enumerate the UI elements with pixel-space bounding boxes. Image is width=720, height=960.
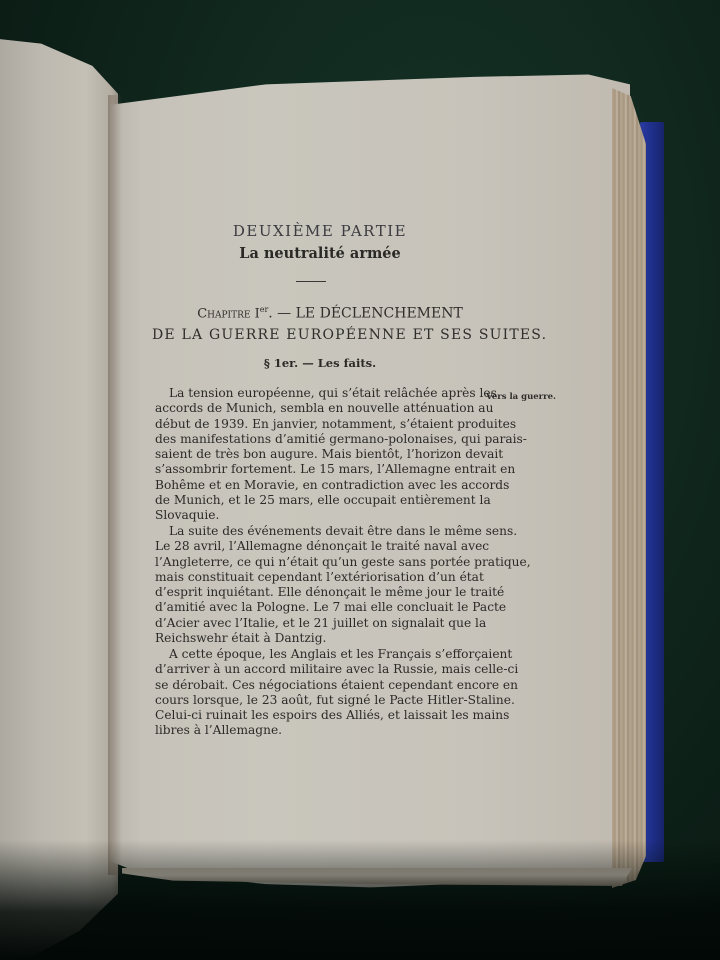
text-line: Slovaquie.: [155, 508, 474, 523]
text-line: d’Acier avec l’Italie, et le 21 juillet …: [155, 616, 474, 631]
text-line: Reichswehr était à Dantzig.: [155, 631, 474, 646]
text-line: La tension européenne, qui s’était relâc…: [155, 386, 474, 401]
text-line: s’assombrir fortement. Le 15 mars, l’All…: [155, 462, 474, 477]
text-line: d’amitié avec la Pologne. Le 7 mai elle …: [155, 600, 474, 615]
chapter-title-line1: . — LE DÉCLENCHEMENT: [268, 306, 463, 322]
part-title: DEUXIÈME PARTIE: [200, 222, 440, 240]
text-line: saient de très bon augure. Mais bientôt,…: [155, 447, 474, 462]
text-line: se dérobait. Ces négociations étaient ce…: [155, 678, 474, 693]
chapter-title-line2: DE LA GUERRE EUROPÉENNE ET SES SUITES.: [152, 327, 488, 343]
text-line: début de 1939. En janvier, notamment, s’…: [155, 417, 474, 432]
page-text: DEUXIÈME PARTIE La neutralité armée Chap…: [0, 0, 720, 960]
chapter-label: Chapitre I: [197, 307, 260, 322]
text-line: de Munich, et le 25 mars, elle occupait …: [155, 493, 474, 508]
chapter-heading: Chapitre Ier. — LE DÉCLENCHEMENT: [150, 305, 510, 322]
text-line: d’arriver à un accord militaire avec la …: [155, 662, 474, 677]
text-line: Celui-ci ruinait les espoirs des Alliés,…: [155, 708, 474, 723]
paragraph-1: La tension européenne, qui s’était relâc…: [155, 386, 474, 524]
chapter-label-superscript: er: [260, 305, 269, 314]
title-divider: [296, 281, 326, 282]
paragraph-3: A cette époque, les Anglais et les Franç…: [155, 647, 474, 739]
text-line: l’Angleterre, ce qui n’était qu’un geste…: [155, 555, 474, 570]
text-line: A cette époque, les Anglais et les Franç…: [155, 647, 474, 662]
text-line: accords de Munich, sembla en nouvelle at…: [155, 401, 474, 416]
text-line: Bohême et en Moravie, en contradiction a…: [155, 478, 474, 493]
text-line: Le 28 avril, l’Allemagne dénonçait le tr…: [155, 539, 474, 554]
text-line: La suite des événements devait être dans…: [155, 524, 474, 539]
text-line: des manifestations d’amitié germano-polo…: [155, 432, 474, 447]
text-line: cours lorsque, le 23 août, fut signé le …: [155, 693, 474, 708]
paragraph-2: La suite des événements devait être dans…: [155, 524, 474, 646]
section-heading: § 1er. — Les faits.: [230, 356, 410, 370]
text-line: libres à l’Allemagne.: [155, 723, 474, 738]
part-subtitle: La neutralité armée: [200, 245, 440, 262]
text-line: mais constituait cependant l’extériorisa…: [155, 570, 474, 585]
text-line: d’esprit inquiétant. Elle dénonçait le m…: [155, 585, 474, 600]
